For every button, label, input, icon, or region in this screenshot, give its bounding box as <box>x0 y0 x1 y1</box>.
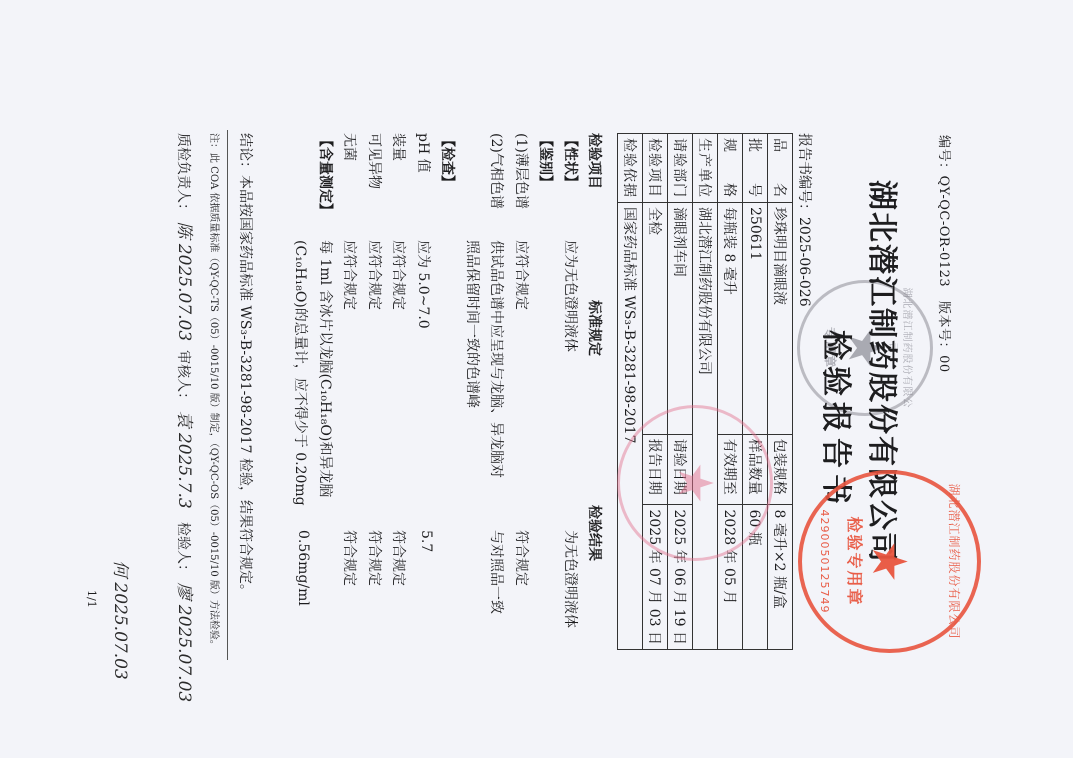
test-item-standard: 应符合规定 <box>512 240 532 310</box>
info-label: 检验依据 <box>618 134 643 203</box>
qc-head-label: 质检负责人： <box>175 133 191 217</box>
test-item-name: 无菌 <box>341 133 361 161</box>
test-item-result: 符合规定 <box>365 530 385 586</box>
test-item-name: 装量 <box>390 133 410 161</box>
faded-seal-stamp: ★ <box>617 405 773 561</box>
inspection-report-document: 编号：QY-QC-OR-0123 版本号：00 湖北潜江制药股份有限公司 ★ 专… <box>0 0 1073 758</box>
document-code-line: 编号：QY-QC-OR-0123 版本号：00 <box>936 135 955 373</box>
section-heading: 【性状】 <box>561 133 581 189</box>
test-item-name: (2)气相色谱 <box>488 133 508 209</box>
report-number-value: 2025-06-026 <box>796 217 812 307</box>
test-item-result: 与对照品一致 <box>488 530 508 614</box>
report-number: 报告书编号：2025-06-026 <box>795 133 815 307</box>
stamp-number: 4290050125749 <box>818 474 831 649</box>
info-label: 生产单位 <box>693 134 718 203</box>
second-inspector-signature: 何 2025.07.03 <box>110 560 135 680</box>
test-item-standard: 每 1ml 含冰片以龙脑(C₁₀H₁₈O)和异龙脑 <box>316 240 336 497</box>
conclusion: 结论：本品按国家药品标准 WS₃-B-3281-98-2017 检验，结果符合规… <box>236 133 256 598</box>
test-item-name: (1)薄层色谱 <box>512 133 532 209</box>
qc-head-signature: 陈 2025.07.03 <box>174 221 194 341</box>
star-icon: ★ <box>866 540 914 583</box>
code-value: QY-QC-OR-0123 <box>936 176 951 288</box>
test-item-result: 符合规定 <box>341 530 361 586</box>
divider <box>227 130 228 660</box>
info-value: 滴眼剂车间 <box>668 203 693 435</box>
info-value: 珍珠明目滴眼液 <box>768 203 793 435</box>
signature-line: 质检负责人： 陈 2025.07.03 审核人： 袁 2025.7.3 检验人：… <box>174 133 199 702</box>
items-header-result: 检验结果 <box>585 505 605 561</box>
info-value: 250611 <box>743 203 768 435</box>
info-table-row: 生产单位湖北潜江制药股份有限公司 <box>693 134 718 650</box>
test-item-result: 0.56mg/ml <box>296 530 312 606</box>
product-info-table: 品 名珍珠明目滴眼液包装规格8 毫升×2 瓶/盒批 号250611样品数量60 … <box>617 133 793 650</box>
inspector-label: 检验人： <box>175 522 191 578</box>
info-table-row: 规 格每瓶装 8 毫升有效期至2028 年 05 月 <box>718 134 743 650</box>
report-number-label: 报告书编号： <box>796 133 812 217</box>
info-table-row: 检验依据国家药品标准 WS₃-B-3281-98-2017 <box>618 134 643 650</box>
page-number: 1/1 <box>85 590 98 608</box>
footnote: 注：此 COA 依据质量标准（QY-QC-TS（05）-0015/10 版）制定… <box>208 133 223 650</box>
info-value: 国家药品标准 WS₃-B-3281-98-2017 <box>618 203 643 650</box>
test-item-standard: 应符合规定 <box>341 240 361 310</box>
test-item-standard: 照品保留时间一致的色谱峰 <box>463 240 483 408</box>
version-label: 版本号： <box>936 301 951 355</box>
info-label: 批 号 <box>743 134 768 203</box>
stamp-text: 检验专用章 <box>844 474 867 649</box>
test-item-standard: 应为 5.0~7.0 <box>414 240 434 329</box>
test-item-standard: 应为无色澄明液体 <box>561 240 581 352</box>
code-label: 编号： <box>936 135 951 176</box>
section-heading: 【检查】 <box>439 133 459 189</box>
test-item-standard: (C₁₀H₁₈O)的总量计，应不得少于 0.20mg <box>292 240 312 506</box>
reviewer-label: 审核人： <box>175 350 191 406</box>
section-heading: 【含量测定】 <box>316 133 336 217</box>
test-item-standard: 供试品色谱中应呈现与龙脑、异龙脑对 <box>488 240 508 478</box>
test-item-standard: 应符合规定 <box>365 240 385 310</box>
test-item-standard: 应符合规定 <box>390 240 410 310</box>
test-item-name: 可见异物 <box>365 133 385 189</box>
red-seal-stamp: 湖北潜江制药股份有限公司 ★ 检验专用章 4290050125749 <box>798 470 981 653</box>
stamp-text: 湖北潜江制药股份有限公司 <box>946 474 963 649</box>
test-item-name: pH 值 <box>414 133 434 173</box>
test-item-result: 为无色澄明液体 <box>561 530 581 628</box>
info-table-row: 品 名珍珠明目滴眼液包装规格8 毫升×2 瓶/盒 <box>768 134 793 650</box>
section-heading: 【鉴别】 <box>537 133 557 189</box>
test-item-result: 5.7 <box>418 530 434 552</box>
info-label: 品 名 <box>768 134 793 203</box>
info-value: 每瓶装 8 毫升 <box>718 203 743 435</box>
info-table-row: 批 号250611样品数量60 瓶 <box>743 134 768 650</box>
info-label: 检验项目 <box>643 134 668 203</box>
star-icon: ★ <box>671 461 719 504</box>
info-table-row: 检验项目全检报告日期2025 年 07 月 03 日 <box>643 134 668 650</box>
items-header-standard: 标准规定 <box>585 300 605 356</box>
info-value: 全检 <box>643 203 668 435</box>
info-table-row: 请验部门滴眼剂车间请验日期2025 年 06 月 19 日 <box>668 134 693 650</box>
inspector-signature: 廖 2025.07.03 <box>174 582 194 702</box>
version-value: 00 <box>936 355 951 373</box>
items-header-item: 检验项目 <box>585 133 605 189</box>
info-label: 请验部门 <box>668 134 693 203</box>
info-label: 规 格 <box>718 134 743 203</box>
info-value: 8 毫升×2 瓶/盒 <box>768 505 793 650</box>
reviewer-signature: 袁 2025.7.3 <box>174 411 194 509</box>
test-item-result: 符合规定 <box>512 530 532 586</box>
test-item-result: 符合规定 <box>390 530 410 586</box>
